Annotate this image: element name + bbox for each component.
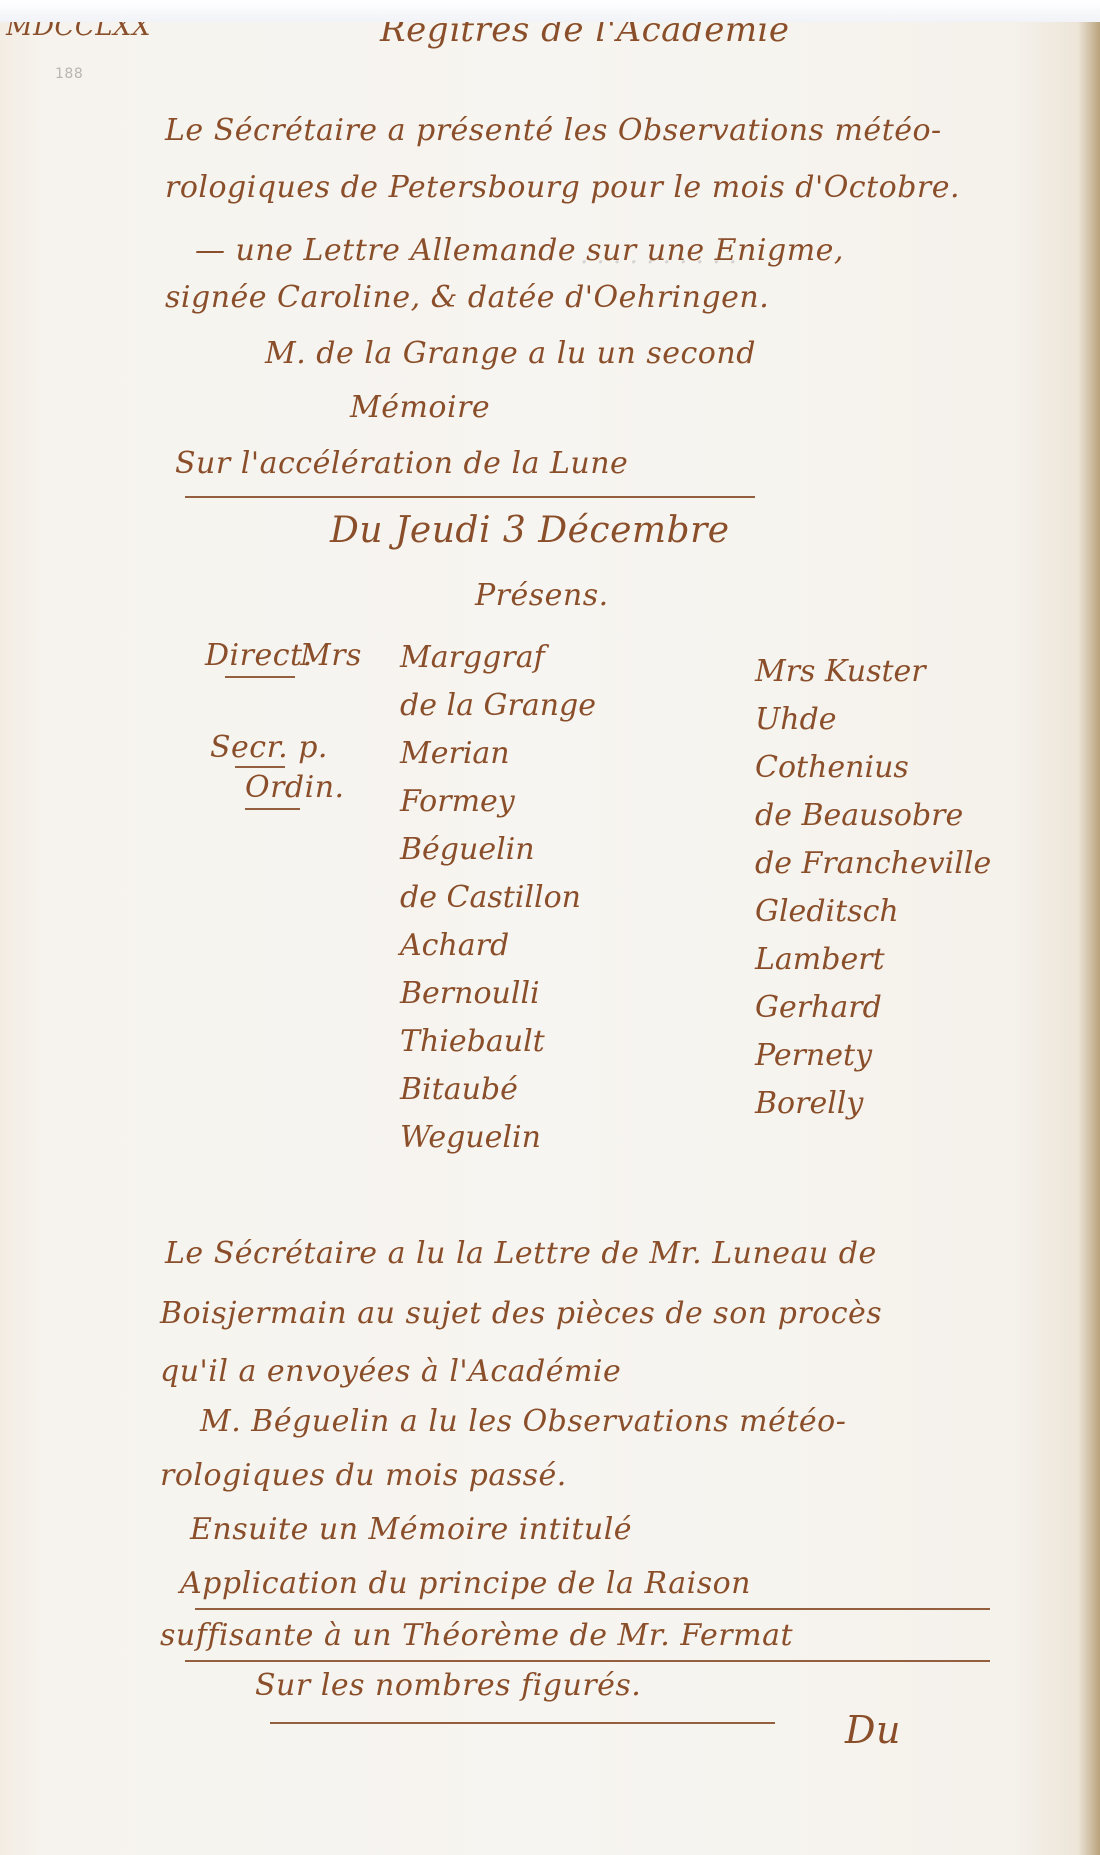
- present-label: Présens.: [475, 578, 609, 613]
- role-underline: [225, 676, 295, 678]
- paragraph-3-line-2: Mémoire: [350, 390, 490, 425]
- member-name: Weguelin: [400, 1114, 596, 1162]
- role-underline: [245, 808, 300, 810]
- running-title: Regîtres de l'Académie: [380, 18, 790, 50]
- memoir-title-lune: Sur l'accélération de la Lune: [175, 446, 628, 481]
- role-underline: [235, 766, 285, 768]
- catchword: Du: [845, 1708, 901, 1752]
- member-name: Marggraf: [400, 634, 596, 682]
- title-underline: [185, 1660, 990, 1662]
- member-name: Lambert: [755, 936, 991, 984]
- member-name: Gleditsch: [755, 888, 991, 936]
- paragraph-1-line-2: rologiques de Petersbourg pour le mois d…: [165, 170, 960, 205]
- member-name: Béguelin: [400, 826, 596, 874]
- scan-top-edge: [0, 0, 1100, 22]
- paragraph-2-line-2: signée Caroline, & datée d'Oehringen.: [165, 280, 769, 315]
- member-name: Achard: [400, 922, 596, 970]
- member-name: Cothenius: [755, 744, 991, 792]
- members-left-column: Marggraf de la Grange Merian Formey Bégu…: [400, 634, 596, 1162]
- minutes-2-line-3: Ensuite un Mémoire intitulé: [190, 1512, 632, 1547]
- honorific-mrs: Mrs: [300, 638, 362, 673]
- members-right-column: Mrs Kuster Uhde Cothenius de Beausobre d…: [755, 648, 991, 1128]
- member-name: Formey: [400, 778, 596, 826]
- paragraph-2-line-1: — une Lettre Allemande sur une Enigme,: [195, 233, 844, 268]
- member-name: Thiebault: [400, 1018, 596, 1066]
- member-name: Gerhard: [755, 984, 991, 1032]
- minutes-1-line-3: qu'il a envoyées à l'Académie: [160, 1354, 621, 1389]
- memoir-title-line-1: Application du principe de la Raison: [180, 1566, 751, 1601]
- role-secretary: Secr. p.: [210, 730, 328, 765]
- minutes-1-line-2: Boisjermain au sujet des pièces de son p…: [160, 1296, 882, 1331]
- member-name: de Castillon: [400, 874, 596, 922]
- minutes-2-line-1: M. Béguelin a lu les Observations météo-: [200, 1404, 846, 1439]
- pencil-folio-number: 188: [55, 66, 83, 82]
- member-name: de la Grange: [400, 682, 596, 730]
- member-name: Borelly: [755, 1080, 991, 1128]
- member-name: Bernoulli: [400, 970, 596, 1018]
- title-underline: [195, 1608, 990, 1610]
- paragraph-3-line-1: M. de la Grange a lu un second: [265, 336, 756, 371]
- member-name: Merian: [400, 730, 596, 778]
- member-name: Pernety: [755, 1032, 991, 1080]
- member-name: de Francheville: [755, 840, 991, 888]
- member-name: de Beausobre: [755, 792, 991, 840]
- member-name: Mrs Kuster: [755, 648, 991, 696]
- member-name: Uhde: [755, 696, 991, 744]
- title-underline: [185, 496, 755, 498]
- paragraph-1-line-1: Le Sécrétaire a présenté les Observation…: [165, 113, 942, 148]
- member-name: Bitaubé: [400, 1066, 596, 1114]
- minutes-1-line-1: Le Sécrétaire a lu la Lettre de Mr. Lune…: [165, 1236, 877, 1271]
- memoir-title-line-2: suffisante à un Théorème de Mr. Fermat: [160, 1618, 793, 1653]
- role-director: Direct.: [205, 638, 313, 673]
- minutes-2-line-2: rologiques du mois passé.: [160, 1458, 567, 1493]
- title-underline: [270, 1722, 775, 1724]
- role-ordinary: Ordin.: [245, 770, 345, 805]
- memoir-title-line-3: Sur les nombres figurés.: [255, 1668, 641, 1703]
- manuscript-page: · · · · · · · · · · MDCCLXX Regîtres de …: [0, 18, 1100, 1855]
- session-date-heading: Du Jeudi 3 Décembre: [330, 510, 730, 551]
